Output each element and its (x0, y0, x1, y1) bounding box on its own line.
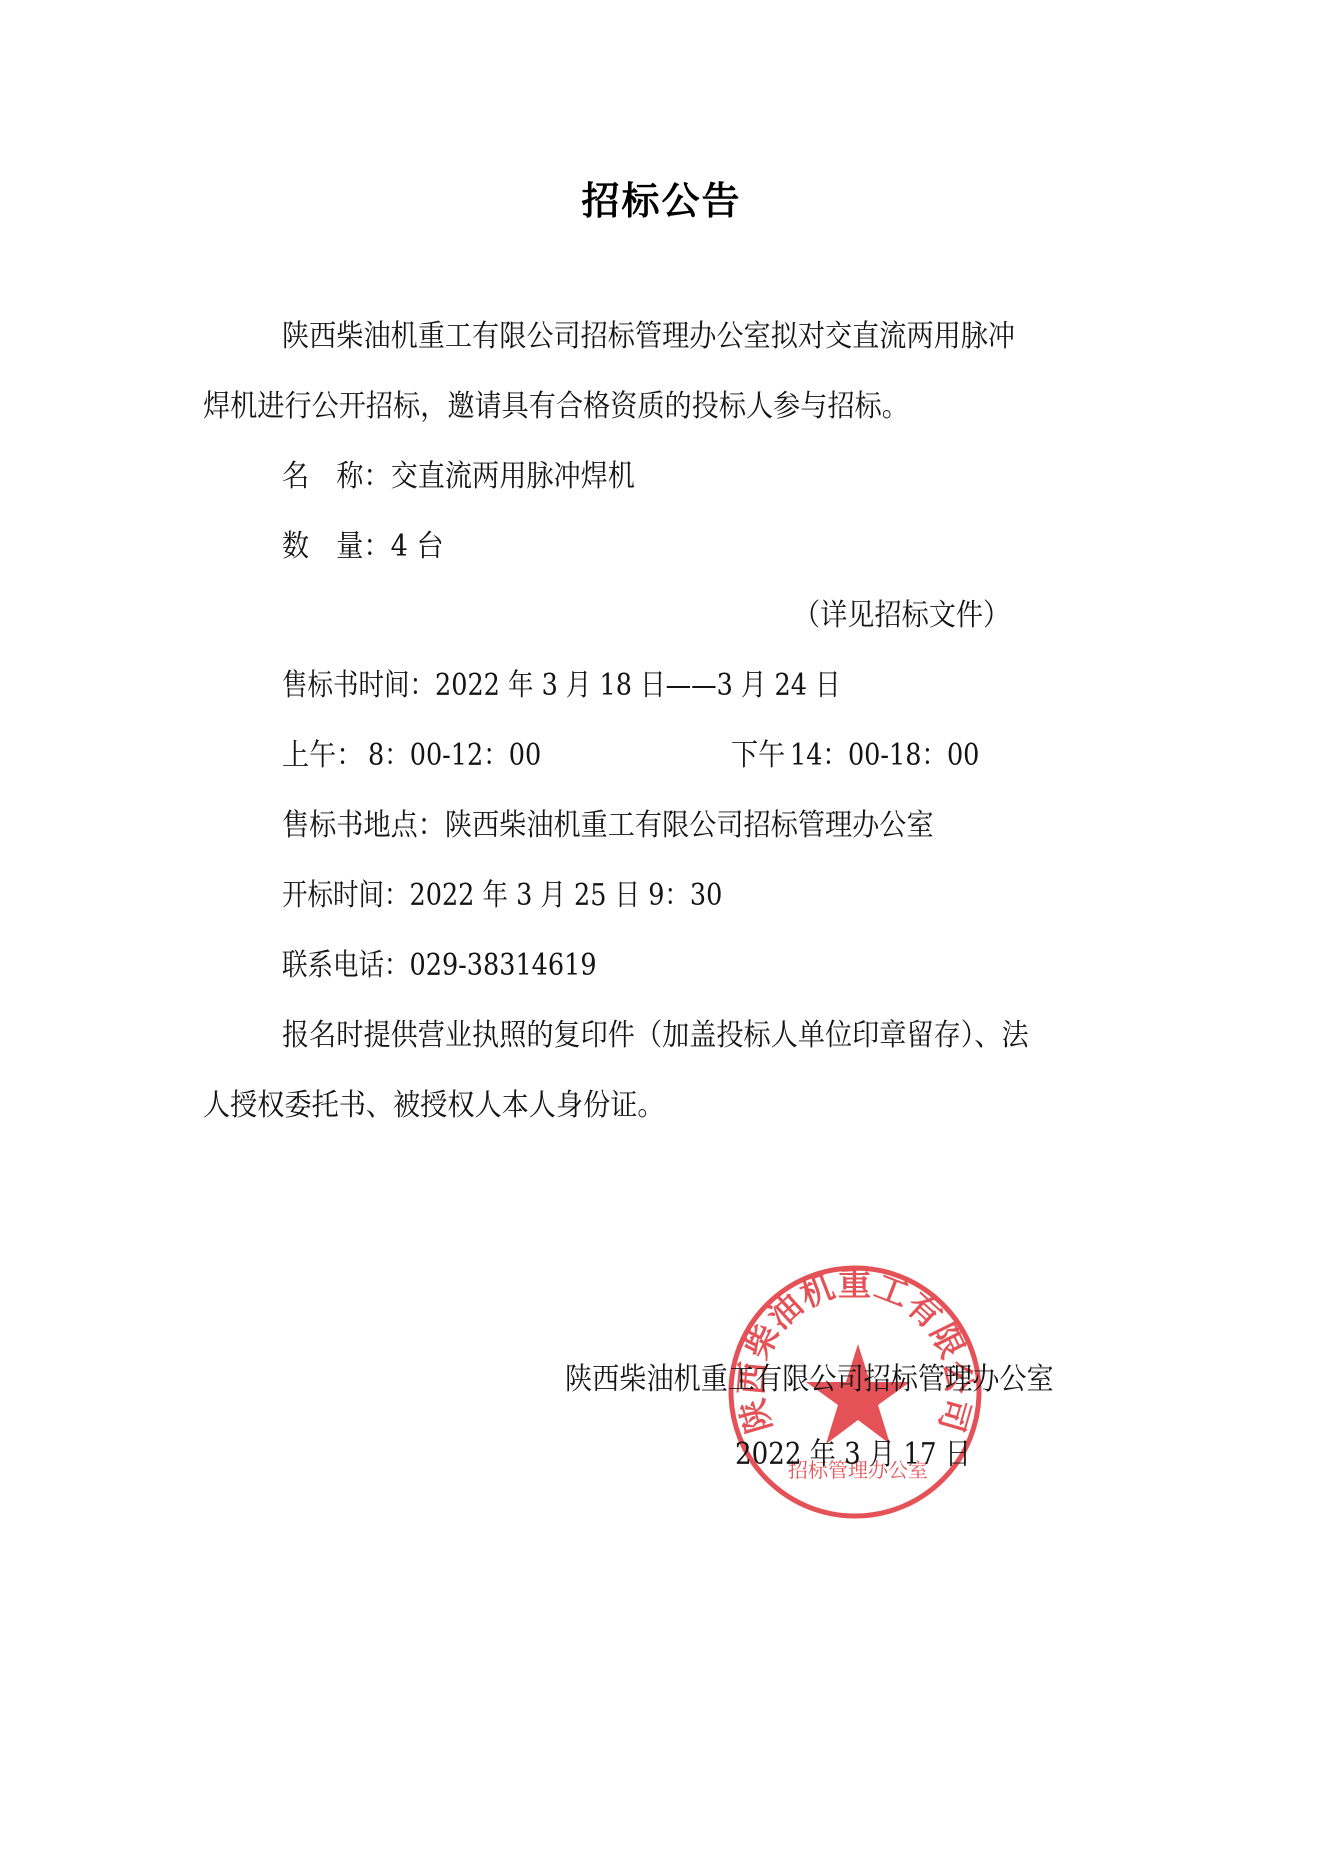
signature-date: 2022 年 3 月 17 日 (735, 1435, 971, 1475)
field-afternoon-value: 14：00-18：00 (790, 736, 979, 776)
field-sale-place-label: 售标书地点： (282, 808, 445, 843)
field-opening-time-label: 开标时间： (282, 878, 410, 913)
requirements-line-1: 报名时提供营业执照的复印件（加盖投标人单位印章留存）、法 (282, 1016, 1029, 1056)
field-name: 名 称：交直流两用脉冲焊机 (282, 457, 635, 497)
document-title: 招标公告 (0, 170, 1323, 225)
field-morning-value: 8：00-12：00 (368, 736, 541, 776)
field-sale-place-value: 陕西柴油机重工有限公司招标管理办公室 (445, 808, 934, 843)
field-sale-place: 售标书地点：陕西柴油机重工有限公司招标管理办公室 (282, 806, 934, 846)
intro-line-1: 陕西柴油机重工有限公司招标管理办公室拟对交直流两用脉冲 (282, 317, 1015, 357)
intro-line-2: 焊机进行公开招标，邀请具有合格资质的投标人参与招标。 (203, 387, 909, 427)
field-quantity-value: 4 台 (391, 529, 444, 564)
field-phone: 联系电话：029-38314619 (282, 946, 597, 986)
field-opening-time: 开标时间：2022 年 3 月 25 日 9：30 (282, 876, 722, 916)
field-sale-time-label: 售标书时间： (282, 668, 435, 703)
signature-issuer: 陕西柴油机重工有限公司招标管理办公室 (565, 1360, 1054, 1400)
requirements-line-2: 人授权委托书、被授权人本人身份证。 (203, 1086, 665, 1126)
field-sale-time-value: 2022 年 3 月 18 日——3 月 24 日 (435, 668, 841, 703)
field-quantity-label: 数 量： (282, 529, 391, 564)
field-sale-time: 售标书时间：2022 年 3 月 18 日——3 月 24 日 (282, 666, 841, 706)
field-name-value: 交直流两用脉冲焊机 (391, 459, 635, 494)
field-name-label: 名 称： (282, 459, 391, 494)
field-phone-label: 联系电话： (282, 948, 410, 983)
field-opening-time-value: 2022 年 3 月 25 日 9：30 (410, 878, 723, 913)
see-docs-note: （详见招标文件） (793, 596, 1010, 636)
document-page: 招标公告 陕西柴油机重工有限公司招标管理办公室拟对交直流两用脉冲 焊机进行公开招… (0, 0, 1323, 1871)
field-quantity: 数 量：4 台 (282, 527, 444, 567)
field-phone-value: 029-38314619 (410, 948, 597, 983)
field-morning-label: 上午： (282, 736, 363, 776)
field-afternoon-label: 下午 (731, 736, 785, 776)
